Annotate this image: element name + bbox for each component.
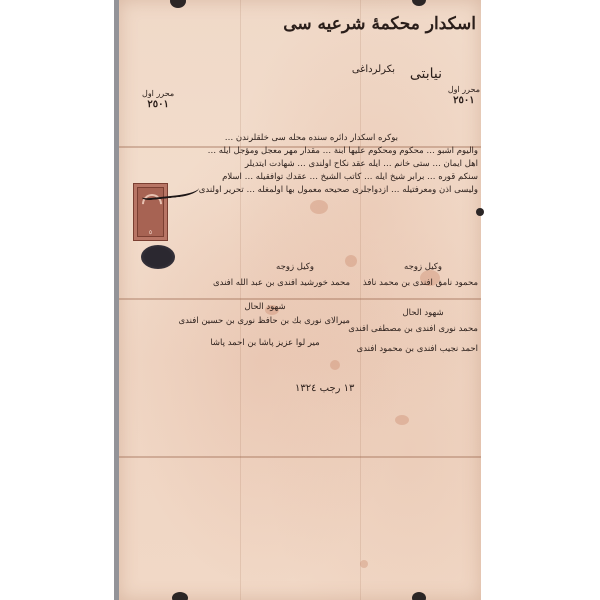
court-seal: [141, 245, 175, 269]
witnesses-title: شهود الحال: [180, 302, 350, 312]
reference-number-right: محرر اول ٢٥٠١: [448, 84, 480, 106]
stain: [330, 360, 340, 370]
stain: [360, 560, 368, 568]
groom-proxy-title: وكيل زوجه: [240, 262, 350, 272]
fold-line: [240, 0, 241, 600]
reference-label: محرر اول: [448, 84, 480, 95]
document-date: ١٣ رجب ١٣٢٤: [295, 383, 354, 394]
witnesses-title: شهود الحال: [368, 308, 478, 318]
witness-name: احمد نجيب افندى بن محمود افندى: [368, 344, 478, 354]
binding-hole: [412, 592, 426, 600]
reference-number: ٢٥٠١: [142, 99, 174, 110]
body-line: واليوم اشبو … محكوم ومحكوم عليها ابنة … …: [120, 145, 478, 158]
witnesses-right-block: شهود الحال محمد نورى افندى بن مصطفى افند…: [368, 308, 478, 354]
stain: [395, 415, 409, 425]
bride-proxy-title: وكيل زوجه: [368, 262, 478, 272]
fold-line: [360, 0, 361, 600]
court-title: اسكدار محكمۀ شرعيه سى: [283, 14, 476, 34]
groom-proxy-block: وكيل زوجه محمد خورشيد افندى بن عبد الله …: [240, 262, 350, 288]
reference-label: محرر اول: [142, 88, 174, 99]
fold-line: [119, 298, 481, 300]
binding-hole: [172, 592, 188, 600]
stamp-value: ٥: [134, 229, 167, 236]
fold-line: [119, 456, 481, 458]
district-name: بكرلرداغى: [352, 64, 395, 75]
body-line: بوكره اسكدار دائره سنده محله سى خلقلرندن…: [120, 132, 478, 145]
reference-number-left: محرر اول ٢٥٠١: [142, 88, 174, 110]
witness-name: مير لوا عزيز پاشا بن احمد پاشا: [180, 338, 350, 348]
bride-proxy-name: محمود نامق افندى بن محمد نافذ: [368, 278, 478, 288]
groom-proxy-name: محمد خورشيد افندى بن عبد الله افندى: [240, 278, 350, 288]
witness-name: محمد نورى افندى بن مصطفى افندى: [368, 324, 478, 334]
bride-proxy-block: وكيل زوجه محمود نامق افندى بن محمد نافذ: [368, 262, 478, 288]
witness-name: ميرالاى نورى بك بن حافظ نورى بن حسين افن…: [180, 316, 350, 326]
witnesses-left-block: شهود الحال ميرالاى نورى بك بن حافظ نورى …: [180, 302, 350, 348]
binding-hole: [476, 208, 484, 216]
body-line: اهل ايمان … ستى خانم … ايله عقد نكاح اول…: [120, 158, 478, 171]
stain: [310, 200, 328, 214]
office-name: نيابتى: [410, 66, 442, 82]
reference-number: ٢٥٠١: [448, 95, 480, 106]
